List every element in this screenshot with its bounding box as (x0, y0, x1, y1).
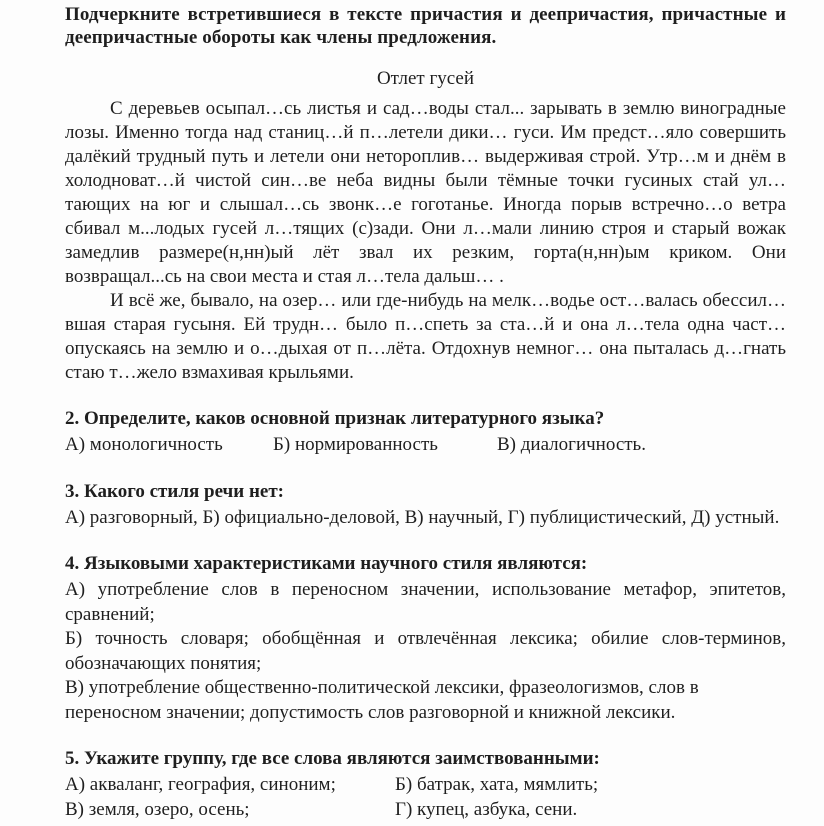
question-2: 2. Определите, каков основной признак ли… (65, 407, 786, 458)
question-5-heading: 5. Укажите группу, где все слова являютс… (65, 747, 786, 771)
question-2-options: А) монологичность Б) нормированность В) … (65, 433, 786, 458)
question-4-option-v: В) употребление общественно-политической… (65, 676, 786, 725)
question-4: 4. Языковыми характеристиками научного с… (65, 552, 786, 725)
task1-instruction: Подчеркните встретившиеся в тексте прича… (65, 3, 786, 49)
question-4-option-a: А) употребление слов в переносном значен… (65, 578, 786, 627)
question-3-options-line: А) разговорный, Б) официально-деловой, В… (65, 506, 786, 531)
scanned-worksheet-page: Подчеркните встретившиеся в тексте прича… (0, 0, 824, 826)
question-5-option-v: В) земля, озеро, осень; (65, 798, 395, 823)
text-paragraph-2: И всё же, бывало, на озер… или где-нибуд… (65, 289, 786, 385)
question-2-option-v: В) диалогичность. (497, 433, 786, 458)
question-5-option-g: Г) купец, азбука, сени. (395, 798, 786, 823)
text-title: Отлет гусей (65, 68, 786, 90)
text-paragraph-1: С деревьев осыпал…сь листья и сад…воды с… (65, 97, 786, 289)
question-4-heading: 4. Языковыми характеристиками научного с… (65, 552, 786, 576)
question-3-heading: 3. Какого стиля речи нет: (65, 480, 786, 504)
question-2-heading: 2. Определите, каков основной признак ли… (65, 407, 786, 431)
question-5-option-a: А) акваланг, география, синоним; (65, 773, 395, 798)
question-2-option-b: Б) нормированность (273, 433, 497, 458)
question-4-option-b: Б) точность словаря; обобщённая и отвлеч… (65, 627, 786, 676)
question-2-option-a: А) монологичность (65, 433, 273, 458)
question-5: 5. Укажите группу, где все слова являютс… (65, 747, 786, 822)
question-5-options: А) акваланг, география, синоним; Б) батр… (65, 773, 786, 822)
question-3: 3. Какого стиля речи нет: А) разговорный… (65, 480, 786, 531)
question-5-option-b: Б) батрак, хата, мямлить; (395, 773, 786, 798)
worksheet-content: Подчеркните встретившиеся в тексте прича… (0, 0, 824, 822)
